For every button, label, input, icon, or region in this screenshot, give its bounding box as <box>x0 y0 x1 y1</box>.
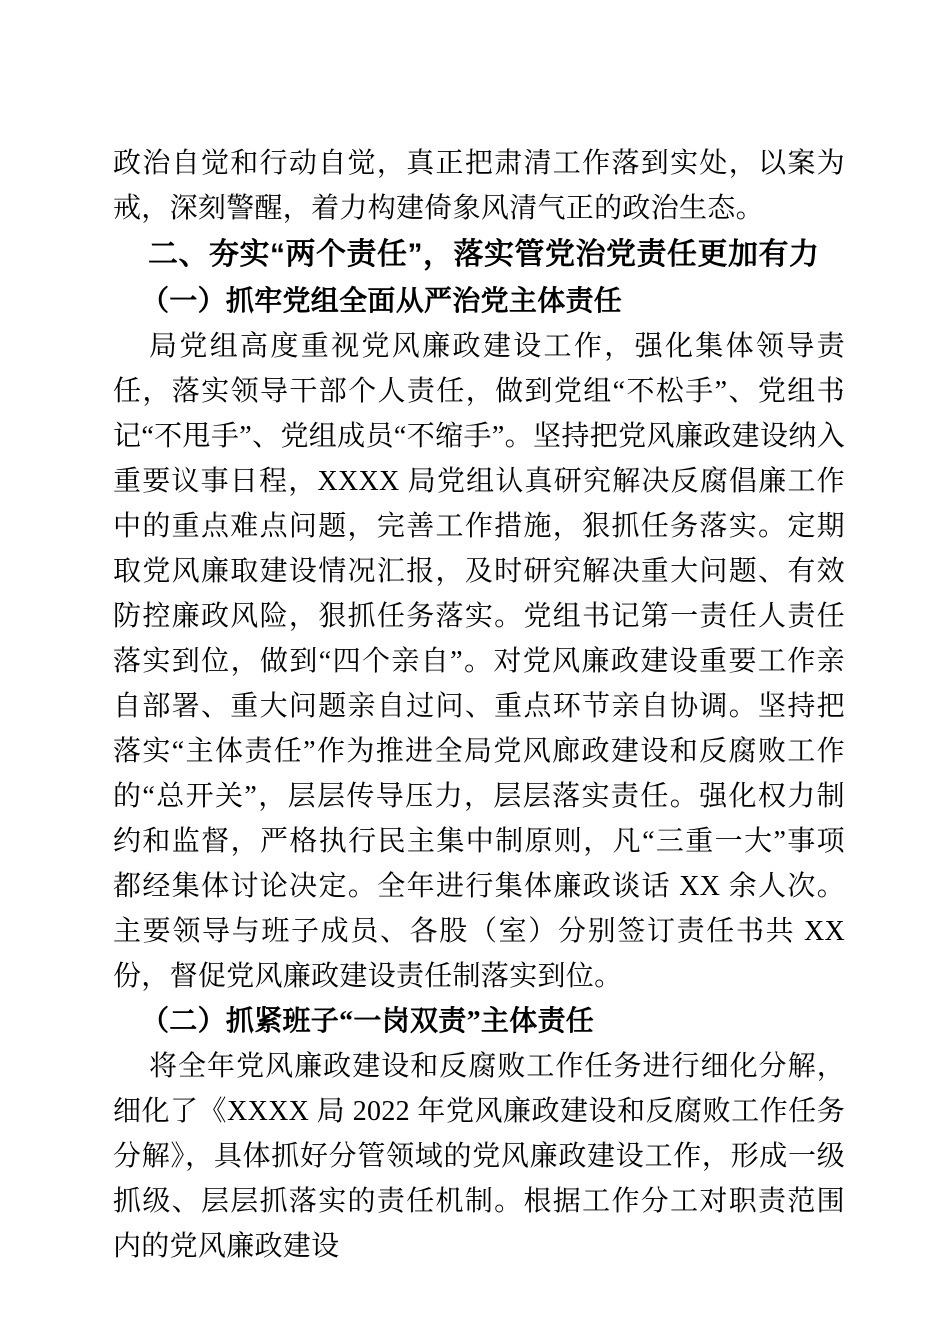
subsection-2-2-heading: （二）抓紧班子“一岗双责”主体责任 <box>113 999 845 1044</box>
document-page: 政治自觉和行动自觉，真正把肃清工作落到实处，以案为戒，深刻警醒，着力构建倚象风清… <box>0 0 950 1344</box>
document-body: 政治自觉和行动自觉，真正把肃清工作落到实处，以案为戒，深刻警醒，着力构建倚象风清… <box>113 141 845 1269</box>
paragraph-section-2-1: 局党组高度重视党风廉政建设工作，强化集体领导责任，落实领导干部个人责任，做到党组… <box>113 324 845 999</box>
section-2-heading: 二、夯实“两个责任”，落实管党治党责任更加有力 <box>113 231 845 279</box>
subsection-2-1-heading: （一）抓牢党组全面从严治党主体责任 <box>113 279 845 324</box>
paragraph-continuation: 政治自觉和行动自觉，真正把肃清工作落到实处，以案为戒，深刻警醒，着力构建倚象风清… <box>113 141 845 231</box>
paragraph-section-2-2: 将全年党风廉政建设和反腐败工作任务进行细化分解，细化了《XXXX 局 2022 … <box>113 1044 845 1269</box>
